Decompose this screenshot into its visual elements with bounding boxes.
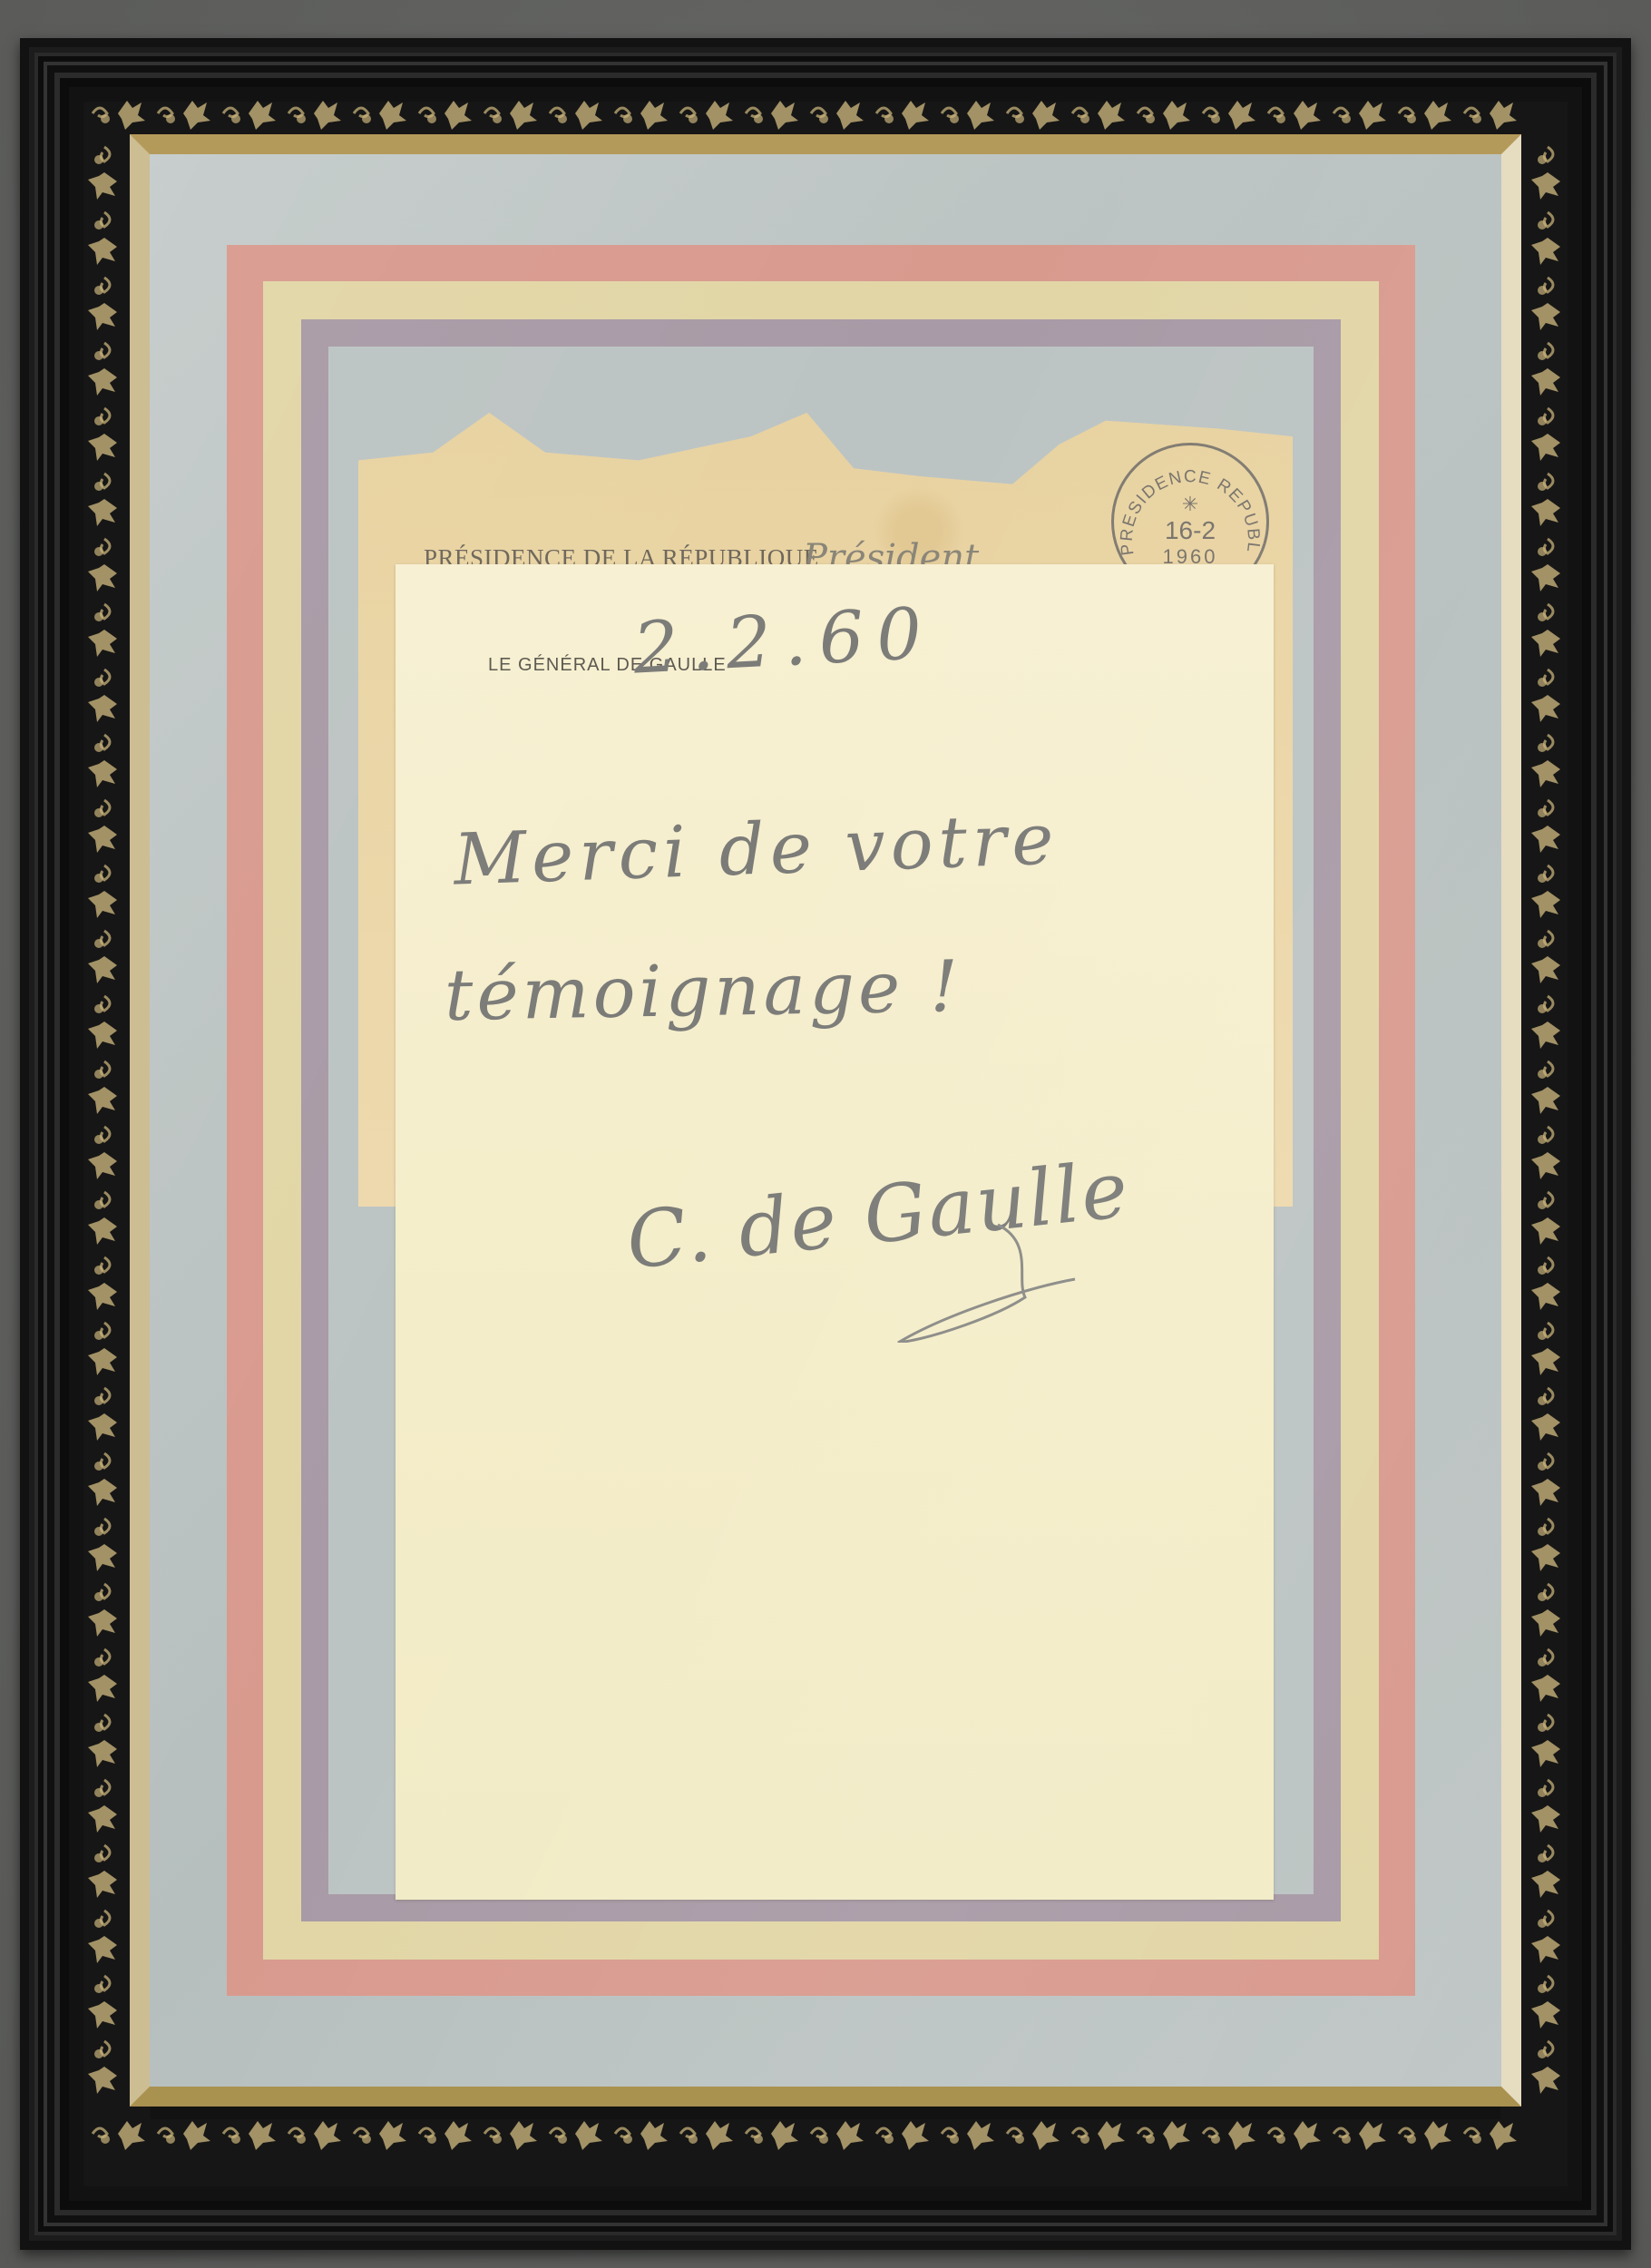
postmark-star-icon: ✳ xyxy=(1114,493,1266,516)
postmark-date: 16-2 xyxy=(1114,516,1266,545)
gilt-vine-band xyxy=(77,145,132,2105)
message-line-2: témoignage ! xyxy=(444,946,962,1037)
handwritten-date: 2.2.60 xyxy=(631,592,936,689)
gilt-vine-band xyxy=(91,2107,1560,2161)
signature-flourish xyxy=(862,1216,1079,1343)
gilt-vine-band xyxy=(1520,145,1575,2105)
gilt-vine-band xyxy=(91,86,1560,141)
